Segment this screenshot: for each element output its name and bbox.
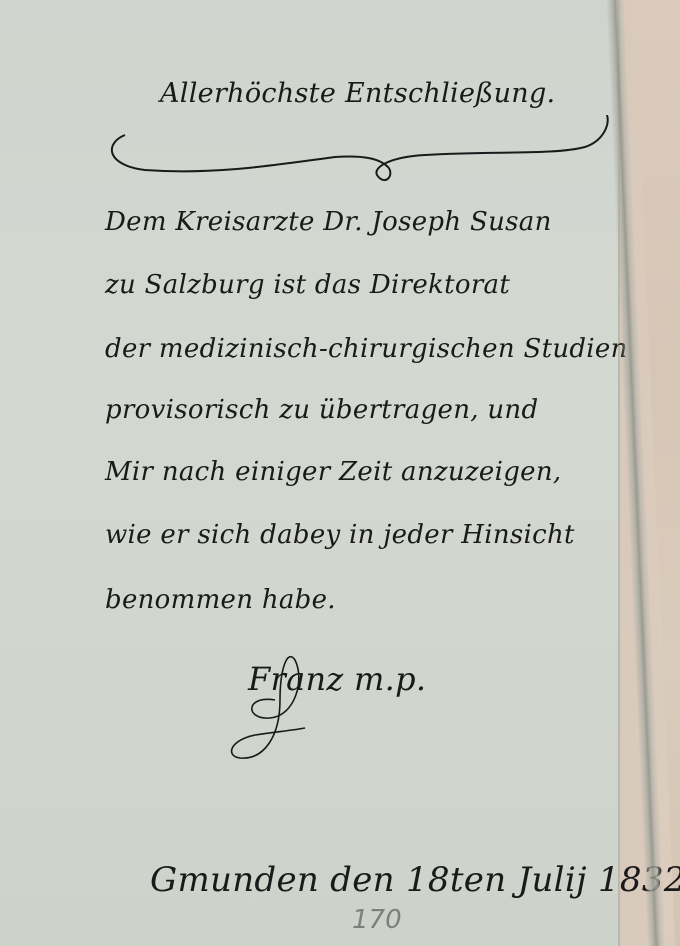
body-line-3: der medizinisch-chirurgischen Studien	[105, 334, 628, 364]
body-line-1: Dem Kreisarzte Dr. Joseph Susan	[105, 207, 552, 237]
body-line-7: benommen habe.	[105, 585, 336, 615]
date-line: Gmunden den 18ten Julij 1832.	[150, 860, 680, 900]
body-line-6: wie er sich dabey in jeder Hinsicht	[105, 520, 575, 550]
body-line-4: provisorisch zu übertragen, und	[105, 395, 538, 425]
folio-number: 170	[352, 905, 402, 935]
body-line-2: zu Salzburg ist das Direktorat	[105, 270, 510, 300]
decorative-flourish-icon	[105, 115, 610, 185]
manuscript-page: Allerhöchste Entschließung. Dem Kreisarz…	[0, 0, 618, 946]
body-line-5: Mir nach einiger Zeit anzuzeigen,	[105, 457, 561, 487]
document-heading: Allerhöchste Entschließung.	[160, 78, 555, 109]
signature: Franz m.p.	[248, 660, 426, 698]
